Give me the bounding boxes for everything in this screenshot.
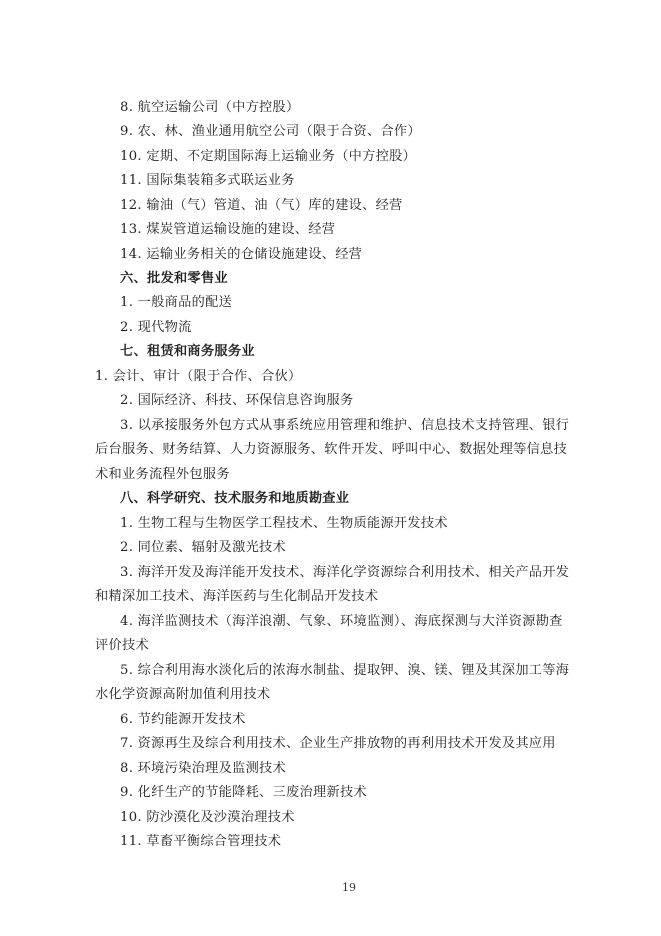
text-line: 术和业务流程外包服务 [95, 467, 230, 483]
text-line: 9. 农、林、渔业通用航空公司（限于合资、合作） [120, 124, 421, 140]
section-heading: 六、批发和零售业 [120, 271, 228, 287]
text-line: 后台服务、财务结算、人力资源服务、软件开发、呼叫中心、数据处理等信息技 [95, 442, 552, 458]
text-line: 1. 一般商品的配送 [120, 295, 232, 311]
text-line: 8. 环境污染治理及监测技术 [120, 761, 286, 777]
text-line: 1. 会计、审计（限于合作、合伙） [95, 369, 302, 385]
text-line: 10. 防沙漠化及沙漠治理技术 [120, 810, 295, 826]
text-line: 12. 输油（气）管道、油（气）库的建设、经营 [120, 198, 403, 214]
text-line: 8. 航空运输公司（中方控股） [120, 100, 300, 116]
text-line: 3. 以承接服务外包方式从事系统应用管理和维护、信息技术支持管理、银行 [120, 418, 552, 434]
text-line: 7. 资源再生及综合利用技术、企业生产排放物的再利用技术开发及其应用 [120, 736, 556, 752]
text-line: 14. 运输业务相关的仓储设施建设、经营 [120, 247, 362, 263]
text-line: 3. 海洋开发及海洋能开发技术、海洋化学资源综合利用技术、相关产品开发 [120, 565, 552, 581]
text-line: 水化学资源高附加值利用技术 [95, 687, 270, 703]
section-heading: 八、科学研究、技术服务和地质勘查业 [120, 491, 349, 507]
text-line: 9. 化纤生产的节能降耗、三废治理新技术 [120, 785, 367, 801]
text-line: 11. 国际集装箱多式联运业务 [120, 173, 295, 189]
text-line: 13. 煤炭管道运输设施的建设、经营 [120, 222, 335, 238]
text-line: 11. 草畜平衡综合管理技术 [120, 834, 281, 850]
text-line: 2. 国际经济、科技、环保信息咨询服务 [120, 393, 353, 409]
section-heading: 七、租赁和商务服务业 [120, 344, 255, 360]
text-line: 评价技术 [95, 638, 149, 654]
text-line: 2. 现代物流 [120, 320, 192, 336]
text-line: 1. 生物工程与生物医学工程技术、生物质能源开发技术 [120, 516, 448, 532]
text-line: 4. 海洋监测技术（海洋浪潮、气象、环境监测）、海底探测与大洋资源勘查 [120, 614, 552, 630]
text-line: 6. 节约能源开发技术 [120, 712, 246, 728]
page-number: 19 [342, 881, 356, 894]
text-line: 2. 同位素、辐射及激光技术 [120, 540, 286, 556]
text-line: 10. 定期、不定期国际海上运输业务（中方控股） [120, 149, 416, 165]
text-line: 5. 综合利用海水淡化后的浓海水制盐、提取钾、溴、镁、锂及其深加工等海 [120, 663, 552, 679]
text-line: 和精深加工技术、海洋医药与生化制品开发技术 [95, 589, 378, 605]
